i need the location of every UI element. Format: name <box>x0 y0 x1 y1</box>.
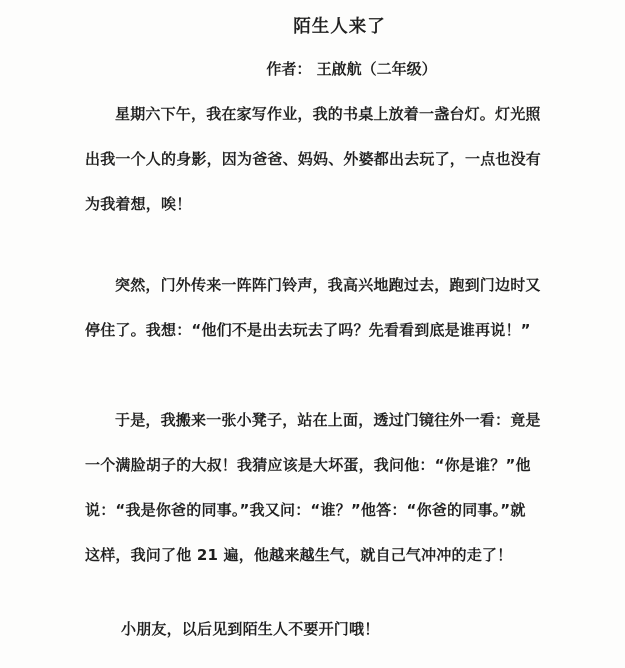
document-byline: 作者： 王啟航（二年级） <box>39 56 625 82</box>
paragraph-1: 星期六下午，我在家写作业，我的书桌上放着一盏台灯。灯光照 出我一个人的身影，因为… <box>85 92 565 227</box>
document-title: 陌生人来了 <box>27 14 625 40</box>
text-line: 突然，门外传来一阵阵门铃声，我高兴地跑过去，跑到门边时又 <box>85 263 565 308</box>
text-line: 一个满脸胡子的大叔！我猜应该是大坏蛋，我问他：“你是谁？”他 <box>85 443 565 488</box>
document-body: 星期六下午，我在家写作业，我的书桌上放着一盏台灯。灯光照 出我一个人的身影，因为… <box>85 92 565 652</box>
text-line: 于是，我搬来一张小凳子，站在上面，透过门镜往外一看：竟是 <box>85 398 565 443</box>
paragraph-4: 小朋友，以后见到陌生人不要开门哦！ <box>85 607 565 652</box>
text-line: 停住了。我想：“他们不是出去玩去了吗？先看看到底是谁再说！” <box>85 308 565 353</box>
paragraph-2: 突然，门外传来一阵阵门铃声，我高兴地跑过去，跑到门边时又 停住了。我想：“他们不… <box>85 263 565 353</box>
text-line: 出我一个人的身影，因为爸爸、妈妈、外婆都出去玩了，一点也没有 <box>85 137 565 182</box>
text-line: 星期六下午，我在家写作业，我的书桌上放着一盏台灯。灯光照 <box>85 92 565 137</box>
text-line: 说：“我是你爸的同事。”我又问：“谁？”他答：“你爸的同事。”就 <box>85 488 565 533</box>
scanned-document-page: 陌生人来了 作者： 王啟航（二年级） 星期六下午，我在家写作业，我的书桌上放着一… <box>0 0 625 668</box>
text-line: 小朋友，以后见到陌生人不要开门哦！ <box>85 607 565 652</box>
text-line: 为我着想，唉！ <box>85 182 565 227</box>
text-line: 这样，我问了他 21 遍，他越来越生气，就自己气冲冲的走了！ <box>85 533 565 578</box>
paragraph-3: 于是，我搬来一张小凳子，站在上面，透过门镜往外一看：竟是 一个满脸胡子的大叔！我… <box>85 398 565 578</box>
